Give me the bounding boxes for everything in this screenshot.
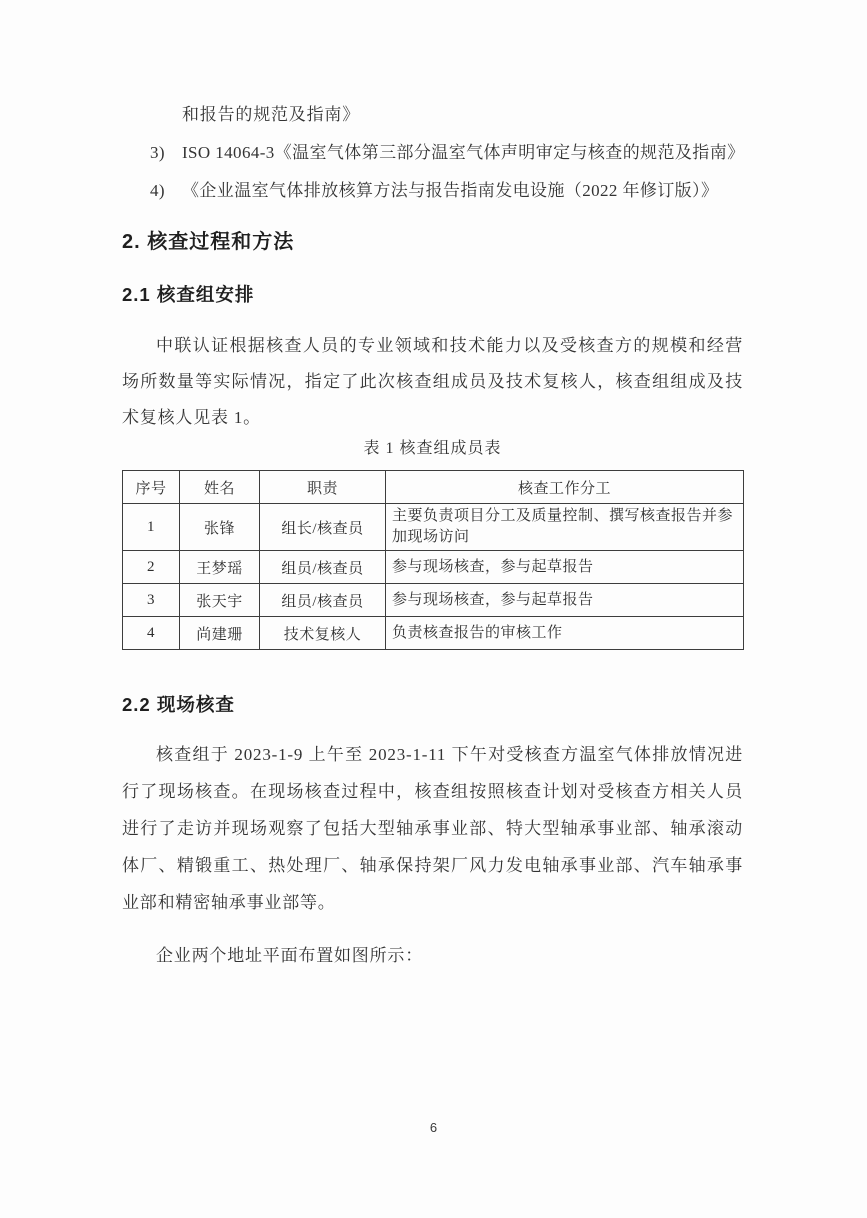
list-item-marker: 3): [150, 134, 182, 172]
cell-no: 3: [123, 584, 180, 617]
list-item-text: ISO 14064-3《温室气体第三部分温室气体声明审定与核查的规范及指南》: [182, 134, 745, 172]
cell-name: 王梦瑶: [180, 551, 260, 584]
section-2-1-heading: 2.1 核查组安排: [122, 282, 743, 308]
section-2-1-paragraph: 中联认证根据核查人员的专业领域和技术能力以及受核查方的规模和经营场所数量等实际情…: [122, 328, 743, 436]
cell-role: 组员/核查员: [260, 551, 386, 584]
column-header-no: 序号: [123, 471, 180, 504]
cell-role: 组长/核查员: [260, 504, 386, 551]
table-1-caption: 表 1 核查组成员表: [122, 436, 743, 461]
cell-no: 4: [123, 617, 180, 650]
section-2-2-heading: 2.2 现场核查: [122, 692, 743, 718]
column-header-task: 核查工作分工: [386, 471, 744, 504]
table-row: 1 张锋 组长/核查员 主要负责项目分工及质量控制、撰写核查报告并参加现场访问: [123, 504, 744, 551]
cell-task: 参与现场核查，参与起草报告: [386, 584, 744, 617]
section-2-2-paragraph: 核查组于 2023-1-9 上午至 2023-1-11 下午对受核查方温室气体排…: [122, 736, 743, 921]
cell-no: 1: [123, 504, 180, 551]
reference-list: 3) ISO 14064-3《温室气体第三部分温室气体声明审定与核查的规范及指南…: [122, 134, 743, 210]
document-page: 和报告的规范及指南》 3) ISO 14064-3《温室气体第三部分温室气体声明…: [0, 0, 867, 1218]
list-item: 4) 《企业温室气体排放核算方法与报告指南发电设施（2022 年修订版）》: [122, 172, 743, 210]
cell-task: 负责核查报告的审核工作: [386, 617, 744, 650]
cell-name: 尚建珊: [180, 617, 260, 650]
cell-role: 技术复核人: [260, 617, 386, 650]
list-item-text: 《企业温室气体排放核算方法与报告指南发电设施（2022 年修订版）》: [182, 172, 718, 210]
cell-task: 主要负责项目分工及质量控制、撰写核查报告并参加现场访问: [386, 504, 744, 551]
list-item-marker: 4): [150, 172, 182, 210]
cell-no: 2: [123, 551, 180, 584]
table-row: 3 张天宇 组员/核查员 参与现场核查，参与起草报告: [123, 584, 744, 617]
site-layout-lead-in: 企业两个地址平面布置如图所示：: [122, 937, 743, 974]
table-row: 2 王梦瑶 组员/核查员 参与现场核查，参与起草报告: [123, 551, 744, 584]
cell-name: 张锋: [180, 504, 260, 551]
section-2-heading: 2. 核查过程和方法: [122, 228, 743, 256]
table-row: 4 尚建珊 技术复核人 负责核查报告的审核工作: [123, 617, 744, 650]
verification-team-table: 序号 姓名 职责 核查工作分工 1 张锋 组长/核查员 主要负责项目分工及质量控…: [122, 470, 744, 650]
column-header-role: 职责: [260, 471, 386, 504]
list-item: 3) ISO 14064-3《温室气体第三部分温室气体声明审定与核查的规范及指南…: [122, 134, 743, 172]
page-content: 和报告的规范及指南》 3) ISO 14064-3《温室气体第三部分温室气体声明…: [122, 96, 743, 974]
page-number: 6: [0, 1120, 867, 1135]
cell-name: 张天宇: [180, 584, 260, 617]
list-item-continuation: 和报告的规范及指南》: [182, 96, 743, 134]
column-header-name: 姓名: [180, 471, 260, 504]
cell-role: 组员/核查员: [260, 584, 386, 617]
cell-task: 参与现场核查，参与起草报告: [386, 551, 744, 584]
table-header-row: 序号 姓名 职责 核查工作分工: [123, 471, 744, 504]
